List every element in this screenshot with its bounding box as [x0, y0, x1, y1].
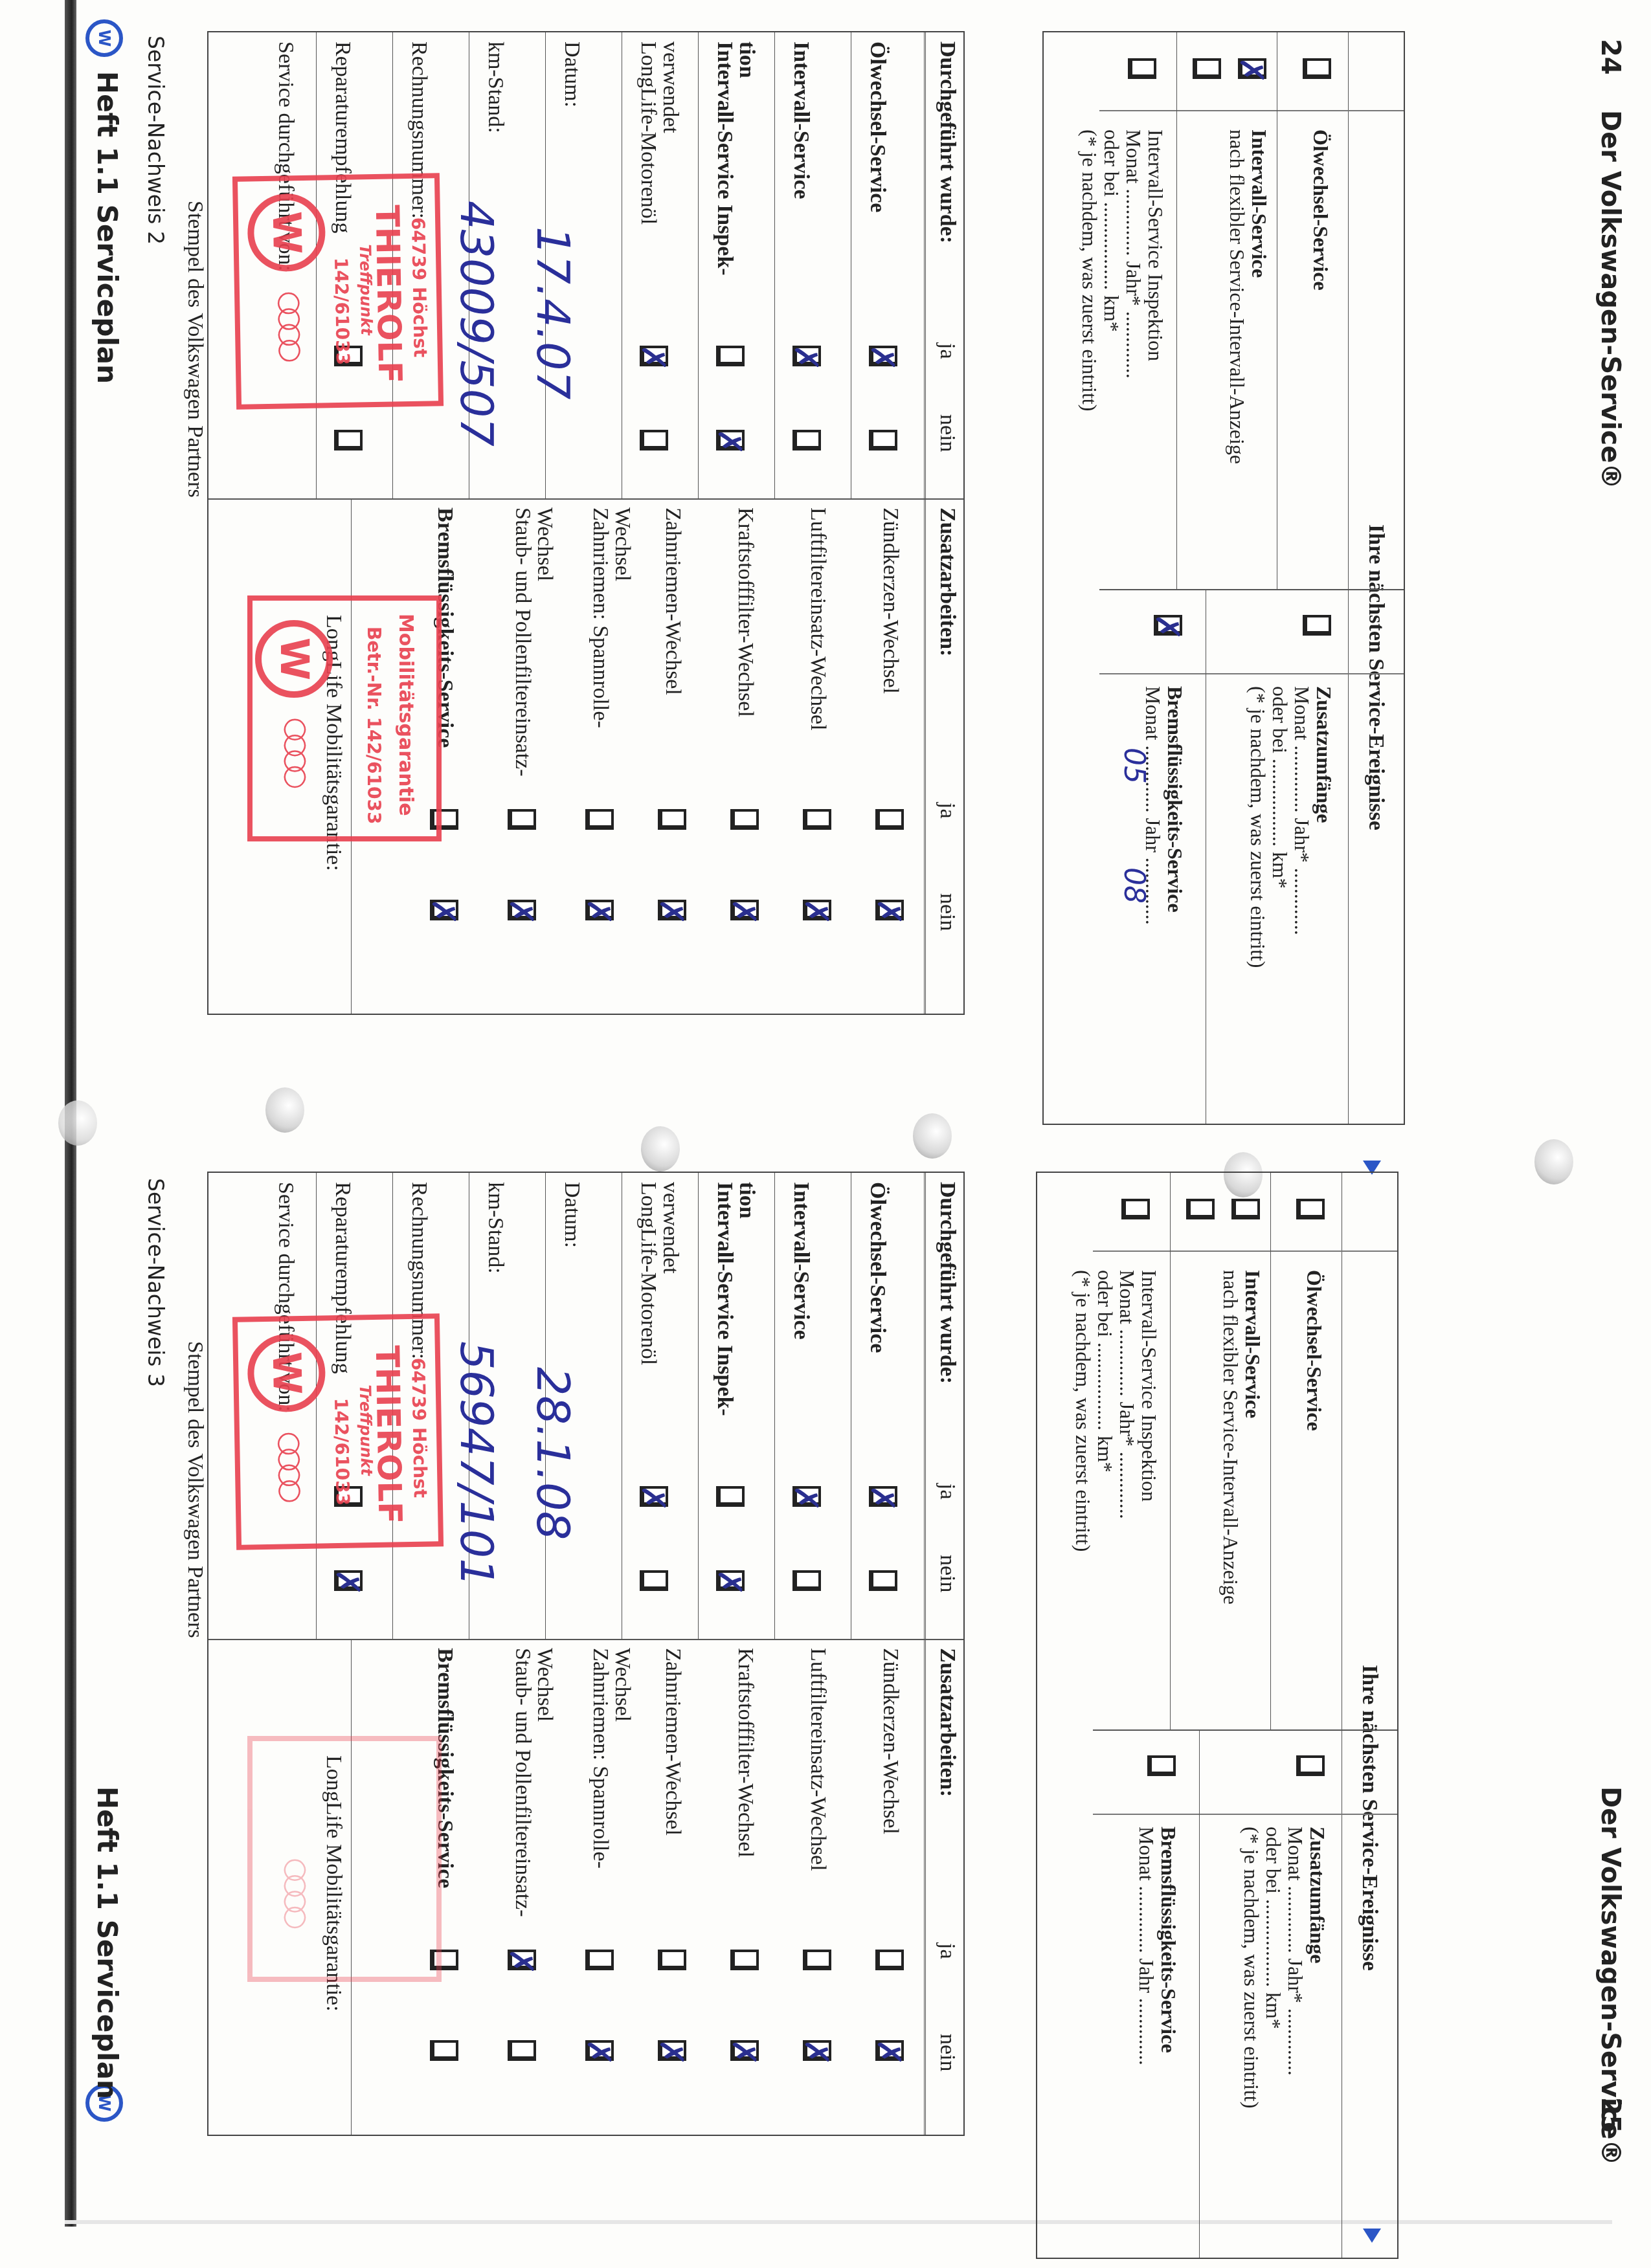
checkbox-zuendkerzen-nein[interactable]: [875, 2040, 904, 2061]
punch-hole: [58, 1100, 97, 1146]
header-durchgefuehrt: Durchgeführt wurde:: [935, 41, 960, 243]
next-insp-km: oder bei ................. km*: [1094, 1270, 1116, 1473]
checkbox-next-zusatz[interactable]: [1303, 615, 1331, 636]
checkbox-longlife-nein[interactable]: [640, 1570, 668, 1591]
row-label-oelwechsel: Ölwechsel-Service: [866, 1182, 888, 1353]
checkbox-inspektion-nein[interactable]: [716, 430, 745, 450]
next-intervall-sub: nach flexibler Service-Intervall-Anzeige: [1220, 1270, 1242, 1605]
checkbox-luftfilter-ja[interactable]: [803, 809, 831, 830]
handwritten-brems-monat[interactable]: 05: [1118, 748, 1151, 784]
continue-arrow-icon: [1363, 2229, 1381, 2243]
checkbox-inspektion-nein[interactable]: [716, 1570, 745, 1591]
label-stempel: Stempel des Volkswagen Partners: [184, 201, 206, 498]
checkbox-reparatur-nein[interactable]: [334, 1570, 363, 1591]
row-label-longlife: verwendet: [659, 1182, 681, 1274]
checkbox-next-oel[interactable]: [1303, 58, 1331, 79]
next-intervall-label: Intervall-Service: [1242, 1270, 1264, 1418]
checkbox-brems-nein[interactable]: [430, 900, 458, 920]
dealer-stamp: W○○○○142/61033TreffpunktTHIEROLF64739 Hö…: [232, 173, 444, 410]
next-oel-label: Ölwechsel-Service: [1310, 129, 1332, 291]
header-zusatzarbeiten: Zusatzarbeiten:: [935, 507, 960, 656]
checkbox-next-intervall-extra[interactable]: [1186, 1199, 1215, 1219]
next-intervall-label: Intervall-Service: [1248, 129, 1270, 278]
divider: [1342, 1173, 1343, 2258]
checkbox-zahnriemen-ja[interactable]: [658, 1950, 686, 1970]
stamp-city: 64739 Höchst: [407, 217, 431, 358]
checkbox-pollen-nein[interactable]: [508, 900, 536, 920]
mobility-stamp: W○○○○Betr.-Nr. 142/61033Mobilitätsgarant…: [247, 595, 442, 841]
stamp-name: THIEROLF: [368, 1345, 409, 1524]
next-insp-monat: Monat ............. Jahr* .............: [1123, 129, 1145, 379]
audi-rings-icon: ○○○○: [280, 1858, 313, 1921]
checkbox-luftfilter-nein[interactable]: [803, 2040, 831, 2061]
row-label-longlife: verwendet: [659, 41, 681, 133]
divider: [1199, 1729, 1200, 2258]
checkbox-oelwechsel-ja[interactable]: [869, 346, 897, 366]
checkbox-spannrolle-ja[interactable]: [585, 809, 614, 830]
checkbox-spannrolle-nein[interactable]: [585, 900, 614, 920]
checkbox-kraftstoff-nein[interactable]: [730, 900, 759, 920]
zusatz-label-kraftstoff: Kraftstofffilter-Wechsel: [734, 1648, 756, 1858]
next-brems-label: Bremsflüssigkeits-Service: [1164, 686, 1186, 913]
zusatz-label-luftfilter: Luftfiltereinsatz-Wechsel: [807, 1648, 829, 1871]
row-label-oelwechsel: Ölwechsel-Service: [866, 41, 888, 212]
service-booklet-spread: W Heft 1.1 Serviceplan Service-Nachweis …: [0, 0, 1651, 2268]
checkbox-oelwechsel-nein[interactable]: [869, 430, 897, 450]
checkbox-inspektion-ja[interactable]: [716, 1486, 745, 1507]
punch-hole: [1534, 1139, 1573, 1184]
checkbox-pollen-nein[interactable]: [508, 2040, 536, 2061]
label-stempel: Stempel des Volkswagen Partners: [184, 1341, 206, 1638]
checkbox-zuendkerzen-nein[interactable]: [875, 900, 904, 920]
column-divider: [208, 1639, 963, 1640]
zusatz-label-kraftstoff: Kraftstofffilter-Wechsel: [734, 507, 756, 717]
zusatz-label-pollen: Staub- und Pollenfiltereinsatz-: [511, 507, 533, 776]
checkbox-longlife-ja[interactable]: [640, 1486, 668, 1507]
checkbox-reparatur-nein[interactable]: [334, 430, 363, 450]
next-brems-label: Bremsflüssigkeits-Service: [1158, 1827, 1180, 2053]
checkbox-next-zusatz[interactable]: [1296, 1755, 1325, 1776]
vw-stamp-logo-icon: W: [247, 193, 326, 272]
zusatz-label-zahnriemen: Zahnriemen-Wechsel: [662, 507, 684, 695]
next-insp-km: oder bei ................. km*: [1101, 129, 1123, 332]
checkbox-column-divider: [1099, 110, 1404, 111]
audi-rings-icon: ○○○○: [280, 717, 313, 781]
zusatz-label-zahnriemen: Zahnriemen-Wechsel: [662, 1648, 684, 1836]
checkbox-column-divider: [1099, 673, 1404, 674]
checkbox-zahnriemen-ja[interactable]: [658, 809, 686, 830]
next-insp-label: Intervall-Service Inspektion: [1138, 1270, 1160, 1502]
checkbox-next-brems[interactable]: [1147, 1755, 1176, 1776]
zusatz-label-luftfilter: Luftfiltereinsatz-Wechsel: [807, 507, 829, 731]
checkbox-oelwechsel-ja[interactable]: [869, 1486, 897, 1507]
checkbox-column-divider: [1093, 1814, 1397, 1815]
audi-rings-icon: ○○○○: [274, 291, 308, 354]
stamp-name: THIEROLF: [368, 205, 409, 384]
divider: [1176, 32, 1178, 589]
checkbox-zuendkerzen-ja[interactable]: [875, 809, 904, 830]
checkbox-spannrolle-ja[interactable]: [585, 1950, 614, 1970]
checkbox-pollen-ja[interactable]: [508, 1950, 536, 1970]
checkbox-inspektion-ja[interactable]: [716, 346, 745, 366]
next-brems-monat: Monat ............. Jahr .............: [1136, 1827, 1158, 2065]
checkbox-zahnriemen-nein[interactable]: [658, 2040, 686, 2061]
stamp-betr-nr: Betr.-Nr. 142/61033: [363, 627, 385, 825]
punch-hole: [265, 1087, 304, 1133]
header-ja: ja: [935, 1943, 960, 1959]
header-nein: nein: [935, 893, 960, 931]
service-record-table-2: Durchgeführt wurde:janeinZusatzarbeiten:…: [207, 31, 965, 1015]
divider: [1348, 32, 1349, 1124]
vw-stamp-logo-icon: W: [255, 620, 333, 698]
vw-stamp-logo-icon: W: [247, 1333, 326, 1412]
next-zusatz-note: (* je nachdem, was zuerst eintritt): [1241, 1827, 1263, 2108]
checkbox-brems-nein[interactable]: [430, 2040, 458, 2061]
next-oel-label: Ölwechsel-Service: [1303, 1270, 1325, 1431]
zusatz-label-pollen: Staub- und Pollenfiltereinsatz-: [511, 1648, 533, 1917]
footer-text-left: Der Volkswagen-Service®: [1595, 110, 1625, 489]
next-insp-monat: Monat ............. Jahr* .............: [1116, 1270, 1138, 1519]
next-insp-label: Intervall-Service Inspektion: [1145, 129, 1167, 361]
zusatz-label-spannrolle: Zahnriemen: Spannrolle-: [589, 1648, 611, 1869]
next-zusatz-label: Zusatzumfänge: [1313, 686, 1335, 823]
column-divider: [1093, 1729, 1397, 1731]
divider: [1277, 32, 1278, 589]
stamp-city: 64739 Höchst: [407, 1358, 431, 1498]
checkbox-kraftstoff-ja[interactable]: [730, 1950, 759, 1970]
section-title: Service-Nachweis 2: [143, 36, 168, 245]
row-label-datum: Datum:: [561, 1182, 583, 1248]
divider: [1206, 589, 1207, 1124]
next-zusatz-monat: Monat ............. Jahr* .............: [1285, 1827, 1307, 2076]
row-label-intervall: Intervall-Service: [790, 41, 812, 199]
zusatz-label-spannrolle: Zahnriemen: Spannrolle-: [589, 507, 611, 728]
checkbox-next-intervall[interactable]: [1238, 58, 1266, 79]
next-intervall-sub: nach flexibler Service-Intervall-Anzeige: [1226, 129, 1248, 464]
zusatz-label-zuendkerzen: Zündkerzen-Wechsel: [879, 507, 901, 694]
handwritten-brems-jahr[interactable]: 08: [1118, 867, 1151, 904]
section-title: Service-Nachweis 3: [143, 1178, 168, 1387]
column-divider: [208, 498, 963, 500]
next-zusatz-note: (* je nachdem, was zuerst eintritt): [1247, 686, 1269, 968]
next-service-box-3: Ihre nächsten Service-EreignisseÖlwechse…: [1036, 1172, 1398, 2259]
checkbox-luftfilter-nein[interactable]: [803, 900, 831, 920]
checkbox-intervall-ja[interactable]: [792, 1486, 821, 1507]
row-label-inspektion: tion: [736, 1182, 758, 1219]
checkbox-next-intervall[interactable]: [1231, 1199, 1260, 1219]
checkbox-oelwechsel-nein[interactable]: [869, 1570, 897, 1591]
checkbox-next-intervall-extra[interactable]: [1193, 58, 1221, 79]
checkbox-intervall-nein[interactable]: [792, 1570, 821, 1591]
stamp-number: 142/61033: [330, 1398, 354, 1506]
divider: [1270, 1173, 1272, 1729]
header-nein: nein: [935, 1555, 960, 1593]
checkbox-next-inspektion[interactable]: [1121, 1199, 1150, 1219]
zusatz-label-zuendkerzen: Zündkerzen-Wechsel: [879, 1648, 901, 1834]
mobility-stamp-faded: ○○○○: [247, 1736, 442, 1982]
row-label-inspektion: Intervall-Service Inspek-: [713, 1182, 736, 1416]
zusatz-label-pollen: Wechsel: [533, 1648, 556, 1722]
row-label-inspektion: tion: [736, 41, 758, 78]
page-title: Heft 1.1 Serviceplan: [91, 1786, 123, 2099]
page-number-left: 24: [1595, 39, 1625, 75]
checkbox-longlife-ja[interactable]: [640, 346, 668, 366]
next-title: Ihre nächsten Service-Ereignisse: [1365, 524, 1387, 830]
checkbox-zuendkerzen-ja[interactable]: [875, 1950, 904, 1970]
service-record-table-3: Durchgeführt wurde:janeinZusatzarbeiten:…: [207, 1172, 965, 2136]
next-insp-note: (* je nachdem, was zuerst eintritt): [1072, 1270, 1094, 1551]
punch-hole: [913, 1113, 952, 1159]
zusatz-label-pollen: Wechsel: [533, 507, 556, 581]
checkbox-next-brems[interactable]: [1154, 615, 1182, 636]
next-title: Ihre nächsten Service-Ereignisse: [1358, 1665, 1380, 1971]
row-label-datum: Datum:: [561, 41, 583, 107]
divider: [1170, 1173, 1171, 1729]
header-nein: nein: [935, 414, 960, 452]
checkbox-kraftstoff-nein[interactable]: [730, 2040, 759, 2061]
header-ja: ja: [935, 343, 960, 359]
header-ja: ja: [935, 1484, 960, 1500]
page-title: Heft 1.1 Serviceplan: [91, 71, 123, 384]
checkbox-column-divider: [1093, 1251, 1397, 1252]
punch-hole: [641, 1126, 680, 1172]
next-zusatz-monat: Monat ............. Jahr* .............: [1291, 686, 1313, 935]
audi-rings-icon: ○○○○: [274, 1431, 308, 1495]
column-divider: [1099, 589, 1404, 590]
checkbox-next-oel[interactable]: [1296, 1199, 1325, 1219]
page-number-right: 25: [1595, 2097, 1625, 2133]
row-label-inspektion: Intervall-Service Inspek-: [713, 41, 736, 276]
checkbox-intervall-ja[interactable]: [792, 346, 821, 366]
dealer-stamp: W○○○○142/61033TreffpunktTHIEROLF64739 Hö…: [232, 1313, 444, 1550]
row-label-longlife: LongLife-Motorenöl: [637, 41, 659, 225]
stamp-mobil-text: Mobilitätsgarantie: [394, 614, 417, 816]
zusatz-label-spannrolle: Wechsel: [611, 1648, 633, 1722]
checkbox-spannrolle-nein[interactable]: [585, 2040, 614, 2061]
checkbox-luftfilter-ja[interactable]: [803, 1950, 831, 1970]
next-zusatz-km: oder bei ................. km*: [1263, 1827, 1285, 2029]
checkbox-next-inspektion[interactable]: [1128, 58, 1156, 79]
next-zusatz-label: Zusatzumfänge: [1307, 1827, 1329, 1964]
next-service-box-2: Ihre nächsten Service-EreignisseÖlwechse…: [1042, 31, 1405, 1125]
header-durchgefuehrt: Durchgeführt wurde:: [935, 1182, 960, 1384]
stamp-number: 142/61033: [330, 258, 354, 366]
checkbox-kraftstoff-ja[interactable]: [730, 809, 759, 830]
checkbox-longlife-nein[interactable]: [640, 430, 668, 450]
next-insp-note: (* je nachdem, was zuerst eintritt): [1079, 129, 1101, 411]
header-zusatzarbeiten: Zusatzarbeiten:: [935, 1648, 960, 1797]
row-label-intervall: Intervall-Service: [790, 1182, 812, 1340]
zusatz-label-spannrolle: Wechsel: [611, 507, 633, 581]
row-label-longlife: LongLife-Motorenöl: [637, 1182, 659, 1365]
checkbox-pollen-ja[interactable]: [508, 809, 536, 830]
row-label-kmstand: km-Stand:: [484, 41, 506, 133]
header-ja: ja: [935, 803, 960, 819]
next-zusatz-km: oder bei ................. km*: [1269, 686, 1291, 889]
vw-logo-icon: W: [85, 19, 123, 57]
row-label-kmstand: km-Stand:: [484, 1182, 506, 1274]
header-nein: nein: [935, 2034, 960, 2072]
checkbox-intervall-nein[interactable]: [792, 430, 821, 450]
checkbox-zahnriemen-nein[interactable]: [658, 900, 686, 920]
